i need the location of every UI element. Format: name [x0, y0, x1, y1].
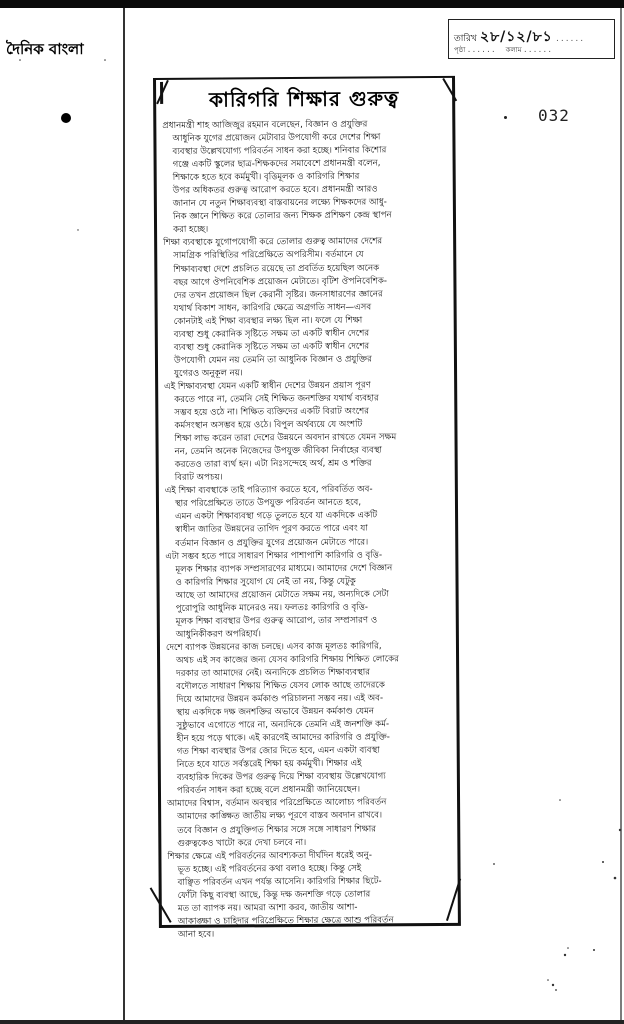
- article-paragraph: এটা সম্ভব হতে পারে সাধারণ শিক্ষার পাশাপা…: [165, 548, 450, 641]
- article-paragraph: শিক্ষার ক্ষেত্রে এই পরিবর্তনের আবশ্যকতা …: [167, 849, 452, 942]
- paragraph-first-line: এই শিক্ষাব্যবস্থা যেমন একটি স্বাধীন দেশে…: [164, 380, 371, 391]
- archive-page-number: 032: [538, 106, 570, 125]
- paragraph-first-line: শিক্ষার ক্ষেত্রে এই পরিবর্তনের আবশ্যকতা …: [167, 850, 372, 861]
- article-paragraph: এই শিক্ষাব্যবস্থা যেমন একটি স্বাধীন দেশে…: [164, 379, 449, 485]
- stamp-date-dots: ......: [556, 34, 585, 44]
- scanned-newspaper-clipping-page: দৈনিক বাংলা তারিখ ২৮/১২/৮১ ...... পৃষ্ঠা…: [0, 0, 624, 1024]
- paragraph-first-line: প্রধানমন্ত্রী শাহ আজিজুর রহমান বলেছেন, ব…: [162, 120, 367, 131]
- binding-margin-rule: [123, 8, 125, 1024]
- scan-top-edge: [0, 0, 624, 8]
- paragraph-first-line: শিক্ষা ব্যবস্থাকে যুগোপযোগী করে তোলার গু…: [163, 237, 382, 249]
- article-paragraph: এই শিক্ষা ব্যবস্থাকে তাই পরিত্যাগ করতে হ…: [165, 483, 449, 550]
- clipping-corner-mark: [160, 82, 185, 104]
- clipping-corner-mark: [164, 901, 186, 923]
- stamp-page-column-row: পৃষ্ঠা ...... কলাম ......: [454, 44, 553, 56]
- article-clipping: কারিগরি শিক্ষার গুরুত্ব প্রধানমন্ত্রী শা…: [153, 76, 461, 928]
- article-body: প্রধানমন্ত্রী শাহ আজিজুর রহমান বলেছেন, ব…: [156, 118, 458, 942]
- stamp-column-label: কলাম: [506, 46, 522, 54]
- clipping-corner-mark: [428, 80, 450, 102]
- stamp-column-dots: ......: [524, 45, 553, 55]
- paragraph-first-line: আমাদের বিশ্বাস, বর্তমান অবস্থার পরিপ্রেক…: [167, 798, 386, 810]
- stamp-date-value: ২৮/১২/৮১: [480, 29, 553, 45]
- paragraph-first-line: এটা সম্ভব হতে পারে সাধারণ শিক্ষার পাশাপা…: [165, 550, 382, 562]
- paragraph-line: আনা হবে।: [168, 927, 452, 942]
- article-paragraph: দেশে ব্যাপক উন্নয়নের কাজ চলছে। এসব কাজ …: [166, 640, 451, 799]
- page-right-edge: [620, 8, 622, 1024]
- article-paragraph: আমাদের বিশ্বাস, বর্তমান অবস্থার পরিপ্রেক…: [167, 796, 451, 850]
- paragraph-first-line: এই শিক্ষা ব্যবস্থাকে তাই পরিত্যাগ করতে হ…: [165, 485, 373, 496]
- stamp-date-label: তারিখ: [454, 34, 477, 44]
- paragraph-first-line: দেশে ব্যাপক উন্নয়নের কাজ চলছে। এসব কাজ …: [166, 641, 382, 653]
- stamp-page-label: পৃষ্ঠা: [454, 46, 465, 54]
- punch-hole-mark: [61, 113, 71, 123]
- article-paragraph: শিক্ষা ব্যবস্থাকে যুগোপযোগী করে তোলার গু…: [163, 235, 448, 380]
- article-headline: কারিগরি শিক্ষার গুরুত্ব: [164, 84, 444, 114]
- article-paragraph: প্রধানমন্ত্রী শাহ আজিজুর রহমান বলেছেন, ব…: [162, 118, 447, 237]
- stamp-page-dots: ......: [468, 45, 497, 55]
- ink-speck: [504, 116, 507, 119]
- archive-date-stamp: তারিখ ২৮/১২/৮১ ...... পৃষ্ঠা ...... কলাম…: [448, 19, 615, 59]
- clipping-corner-mark: [434, 899, 456, 921]
- newspaper-name: দৈনিক বাংলা: [6, 38, 84, 63]
- scan-bottom-edge: [0, 1020, 624, 1024]
